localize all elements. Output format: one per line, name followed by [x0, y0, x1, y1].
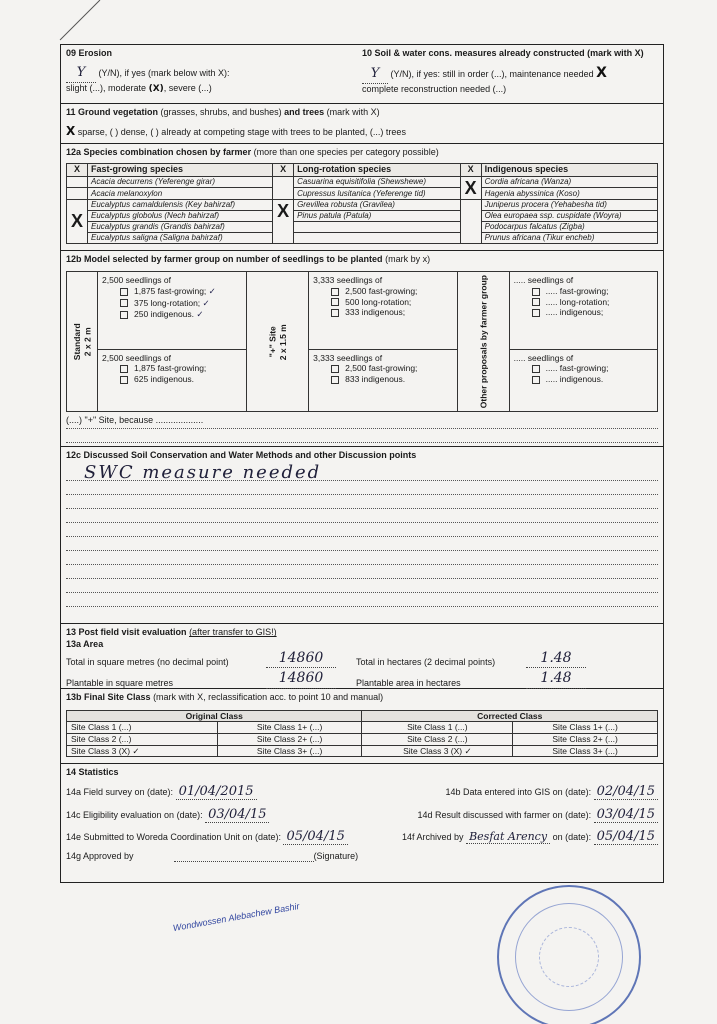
fast-mark-cell[interactable]	[67, 176, 88, 188]
eligibility-date[interactable]: 03/04/15	[205, 807, 269, 823]
species-indig: Juniperus procera (Yehabesha tid)	[481, 200, 657, 211]
plus-dim: 2 x 1.5 m	[278, 324, 288, 360]
section-14-statistics: 14 Statistics 14a Field survey on (date)…	[61, 764, 663, 883]
check-mark: ✓	[203, 299, 210, 309]
checkbox[interactable]	[532, 288, 540, 296]
submitted-label: 14e Submitted to Woreda Coordination Uni…	[66, 832, 281, 842]
species-long: Grevillea robusta (Gravilea)	[294, 200, 461, 211]
checkbox[interactable]	[331, 298, 339, 306]
long-mark-cell[interactable]	[273, 176, 294, 200]
sqm-value[interactable]: 14860	[266, 650, 336, 669]
checkbox[interactable]	[532, 376, 540, 384]
species-long: Cupressus lusitanica (Yeferenge tid)	[294, 188, 461, 200]
checkbox[interactable]	[120, 299, 128, 307]
sqm-label: Total in square metres (no decimal point…	[66, 657, 266, 668]
erosion-moderate[interactable]: moderate	[108, 83, 146, 93]
discussion-lines[interactable]: SWC measure needed	[66, 462, 658, 607]
area-title: 13a Area	[66, 639, 658, 650]
swc-yn-field[interactable]: Y	[362, 66, 388, 83]
vegetation-title-rest: (grasses, shrubs, and bushes)	[161, 107, 282, 117]
orig-class-1[interactable]: Site Class 1 (...)	[67, 722, 218, 734]
eligibility-label: 14c Eligibility evaluation on (date):	[66, 810, 203, 820]
section-erosion-swc: 09 Erosion Y (Y/N), if yes (mark below w…	[61, 45, 663, 104]
option-head: 2,500 seedlings of	[102, 353, 242, 364]
standard-option-b[interactable]: 2,500 seedlings of 1,875 fast-growing; 6…	[98, 349, 247, 412]
option-line: ..... fast-growing;	[546, 286, 609, 296]
checkbox[interactable]	[120, 376, 128, 384]
vegetation-title-mark: (mark with X)	[327, 107, 380, 117]
archived-by-name[interactable]: Besfat Arency	[466, 830, 550, 844]
discussion-handwritten: SWC measure needed	[84, 462, 321, 483]
erosion-severe[interactable]: , severe (...)	[164, 83, 212, 93]
section-11-vegetation: 11 Ground vegetation (grasses, shrubs, a…	[61, 104, 663, 144]
standard-label: Standard2 x 2 m	[67, 272, 98, 412]
checkbox[interactable]	[331, 365, 339, 373]
option-line: 250 indigenous.	[134, 309, 194, 319]
species-fast: Acacia decurrens (Yeferenge girar)	[88, 176, 273, 188]
swc-title: 10 Soil & water cons. measures already c…	[362, 48, 658, 59]
checkbox[interactable]	[120, 288, 128, 296]
approved-signature-field[interactable]	[174, 851, 314, 862]
option-line: 2,500 fast-growing;	[345, 286, 417, 296]
discussion-title: 12c Discussed Soil Conservation and Wate…	[66, 450, 658, 461]
corr-class-1[interactable]: Site Class 1 (...)	[362, 722, 513, 734]
erosion-prompt: (Y/N), if yes (mark below with X):	[99, 68, 230, 78]
erosion-moderate-mark: (X)	[149, 84, 164, 94]
standard-label-text: Standard	[71, 323, 81, 360]
species-indig: Olea europaea ssp. cuspidate (Woyra)	[481, 211, 657, 222]
plus-site-because: (....) "+" Site, because ...............…	[66, 415, 203, 425]
site-class-title-rest: (mark with X, reclassification acc. to p…	[153, 692, 383, 702]
check-mark: ✓	[196, 310, 203, 320]
species-title: 12a Species combination chosen by farmer	[66, 147, 251, 157]
standard-option-a[interactable]: 2,500 seedlings of 1,875 fast-growing; ✓…	[98, 272, 247, 349]
corr-class-3plus[interactable]: Site Class 3+ (...)	[513, 745, 658, 757]
fast-mark[interactable]: X	[67, 200, 88, 244]
ha-value[interactable]: 1.48	[526, 650, 586, 669]
archived-label: 14f Archived by	[402, 832, 464, 842]
corr-class-2[interactable]: Site Class 2 (...)	[362, 733, 513, 745]
swc-maintenance-mark: X	[596, 65, 607, 81]
option-head: ..... seedlings of	[514, 275, 653, 286]
model-title-mark: (mark by x)	[385, 254, 430, 264]
signature-label: (Signature)	[314, 851, 359, 862]
long-mark[interactable]: X	[273, 200, 294, 244]
sparse-mark: X	[66, 124, 75, 138]
checkbox[interactable]	[331, 288, 339, 296]
section-09-erosion: 09 Erosion Y (Y/N), if yes (mark below w…	[66, 48, 362, 100]
gis-entry-date[interactable]: 02/04/15	[594, 784, 658, 800]
plus-site-reason[interactable]: (....) "+" Site, because ...............…	[66, 415, 658, 443]
option-line: ..... indigenous.	[546, 374, 604, 384]
corr-class-3[interactable]: Site Class 3 (X) ✓	[362, 745, 513, 757]
species-fast: Eucalyptus camaldulensis (Key bahirzaf)	[88, 200, 273, 211]
option-line: 833 indigenous.	[345, 374, 405, 384]
species-indig: Podocarpus falcatus (Zigba)	[481, 222, 657, 233]
section-12b-model: 12b Model selected by farmer group on nu…	[61, 251, 663, 447]
corr-class-2plus[interactable]: Site Class 2+ (...)	[513, 733, 658, 745]
gis-entry-label: 14b Data entered into GIS on (date):	[446, 787, 592, 797]
corrected-class-header: Corrected Class	[362, 710, 658, 722]
orig-class-1plus[interactable]: Site Class 1+ (...)	[217, 722, 362, 734]
option-line: ..... fast-growing;	[546, 363, 609, 373]
check-mark: ✓	[209, 287, 216, 297]
checkbox[interactable]	[532, 298, 540, 306]
indig-mark-cell[interactable]	[460, 200, 481, 244]
option-line: 333 indigenous;	[345, 307, 405, 317]
section-13b-site-class: 13b Final Site Class (mark with X, recla…	[61, 689, 663, 764]
orig-class-2[interactable]: Site Class 2 (...)	[67, 733, 218, 745]
vegetation-options[interactable]: sparse, ( ) dense, ( ) already at compet…	[78, 127, 406, 137]
archived-date[interactable]: 05/04/15	[594, 829, 658, 845]
erosion-slight[interactable]: slight (...),	[66, 83, 106, 93]
checkbox[interactable]	[532, 309, 540, 317]
erosion-title: 09 Erosion	[66, 48, 362, 59]
statistics-title: 14 Statistics	[66, 767, 658, 778]
other-option-a[interactable]: ..... seedlings of ..... fast-growing; .…	[509, 272, 657, 349]
orig-class-3[interactable]: Site Class 3 (X) ✓	[67, 745, 218, 757]
orig-class-3plus[interactable]: Site Class 3+ (...)	[217, 745, 362, 757]
indig-header: Indigenous species	[481, 164, 657, 176]
checkbox[interactable]	[120, 311, 128, 319]
ha-label: Total in hectares (2 decimal points)	[356, 657, 526, 668]
archived-on-label: on (date):	[553, 832, 592, 842]
erosion-yn-field[interactable]: Y	[66, 65, 96, 82]
orig-class-2plus[interactable]: Site Class 2+ (...)	[217, 733, 362, 745]
fast-mark-cell[interactable]	[67, 188, 88, 200]
species-fast: Eucalyptus grandis (Grandis bahirzaf)	[88, 222, 273, 233]
plus-option-b[interactable]: 3,333 seedlings of 2,500 fast-growing; 8…	[309, 349, 458, 412]
long-x-header: X	[273, 164, 294, 176]
swc-prompt: (Y/N), if yes: still in order (...), mai…	[391, 69, 594, 79]
original-class-header: Original Class	[67, 710, 362, 722]
species-long: Pinus patula (Patula)	[294, 211, 461, 222]
site-class-title: 13b Final Site Class	[66, 692, 151, 702]
indig-mark[interactable]: X	[460, 176, 481, 200]
discussed-label: 14d Result discussed with farmer on (dat…	[418, 810, 592, 820]
vegetation-title: 11 Ground vegetation	[66, 107, 158, 117]
plant-sqm-value[interactable]: 14860	[266, 670, 336, 689]
option-line: 1,875 fast-growing;	[134, 286, 206, 296]
species-subtitle: (more than one species per category poss…	[254, 147, 439, 157]
field-survey-label: 14a Field survey on (date):	[66, 787, 173, 797]
species-table: X Fast-growing species X Long-rotation s…	[66, 163, 658, 244]
vegetation-title-trees: and trees	[284, 107, 324, 117]
plant-ha-value[interactable]: 1.48	[526, 670, 586, 689]
evaluation-title: 13 Post field visit evaluation	[66, 627, 187, 637]
option-line: ..... long-rotation;	[546, 297, 610, 307]
option-line: 375 long-rotation;	[134, 298, 200, 308]
plus-option-a[interactable]: 3,333 seedlings of 2,500 fast-growing; 5…	[309, 272, 458, 349]
plus-label-text: "+" Site	[267, 326, 277, 357]
option-line: ..... indigenous;	[546, 307, 604, 317]
approved-label: 14g Approved by	[66, 851, 134, 862]
section-10-swc: 10 Soil & water cons. measures already c…	[362, 48, 658, 100]
option-line: 625 indigenous.	[134, 374, 194, 384]
official-seal-stamp	[497, 885, 641, 1024]
standard-dim: 2 x 2 m	[82, 327, 92, 356]
evaluation-title-note: (after transfer to GIS!)	[189, 627, 277, 637]
species-indig: Cordia africana (Wanza)	[481, 176, 657, 188]
swc-reconstruction[interactable]: complete reconstruction needed (...)	[362, 84, 658, 95]
option-line: 2,500 fast-growing;	[345, 363, 417, 373]
other-proposals-label: Other proposals by farmer group	[458, 272, 510, 412]
option-line: 500 long-rotation;	[345, 297, 411, 307]
fast-header: Fast-growing species	[88, 164, 273, 176]
species-fast: Eucalyptus saligna (Saligna bahirzaf)	[88, 233, 273, 244]
site-assessment-form: 09 Erosion Y (Y/N), if yes (mark below w…	[60, 44, 664, 883]
section-12c-discussion: 12c Discussed Soil Conservation and Wate…	[61, 447, 663, 624]
plus-site-label: "+" Site2 x 1.5 m	[247, 272, 309, 412]
option-line: 1,875 fast-growing;	[134, 363, 206, 373]
site-class-table: Original Class Corrected Class Site Clas…	[66, 710, 658, 758]
submitted-date[interactable]: 05/04/15	[283, 829, 347, 845]
approver-name-stamp: Wondwossen Alebachew Bashir	[172, 901, 300, 933]
checkbox[interactable]	[331, 376, 339, 384]
plant-sqm-label: Plantable in square metres	[66, 678, 266, 689]
species-indig: Prunus africana (Tikur encheb)	[481, 233, 657, 244]
long-header: Long-rotation species	[294, 164, 461, 176]
checkbox[interactable]	[120, 365, 128, 373]
model-title: 12b Model selected by farmer group on nu…	[66, 254, 383, 264]
corr-class-1plus[interactable]: Site Class 1+ (...)	[513, 722, 658, 734]
checkbox[interactable]	[532, 365, 540, 373]
option-head: ..... seedlings of	[514, 353, 653, 364]
section-12a-species: 12a Species combination chosen by farmer…	[61, 144, 663, 251]
checkbox[interactable]	[331, 309, 339, 317]
other-option-b[interactable]: ..... seedlings of ..... fast-growing; .…	[509, 349, 657, 412]
model-table: Standard2 x 2 m 2,500 seedlings of 1,875…	[66, 271, 658, 412]
option-head: 2,500 seedlings of	[102, 275, 242, 286]
species-long-empty	[294, 233, 461, 244]
species-long: Casuarina equisitifolia (Shewshewe)	[294, 176, 461, 188]
discussed-date[interactable]: 03/04/15	[594, 807, 658, 823]
option-head: 3,333 seedlings of	[313, 353, 453, 364]
species-indig: Hagenia abyssinica (Koso)	[481, 188, 657, 200]
field-survey-date[interactable]: 01/04/2015	[176, 784, 257, 800]
option-head: 3,333 seedlings of	[313, 275, 453, 286]
section-13-post-evaluation: 13 Post field visit evaluation (after tr…	[61, 624, 663, 689]
indig-x-header: X	[460, 164, 481, 176]
fast-x-header: X	[67, 164, 88, 176]
plant-ha-label: Plantable area in hectares	[356, 678, 526, 689]
species-fast: Eucalyptus globolus (Nech bahirzaf)	[88, 211, 273, 222]
species-long-empty	[294, 222, 461, 233]
species-fast: Acacia melanoxylon	[88, 188, 273, 200]
